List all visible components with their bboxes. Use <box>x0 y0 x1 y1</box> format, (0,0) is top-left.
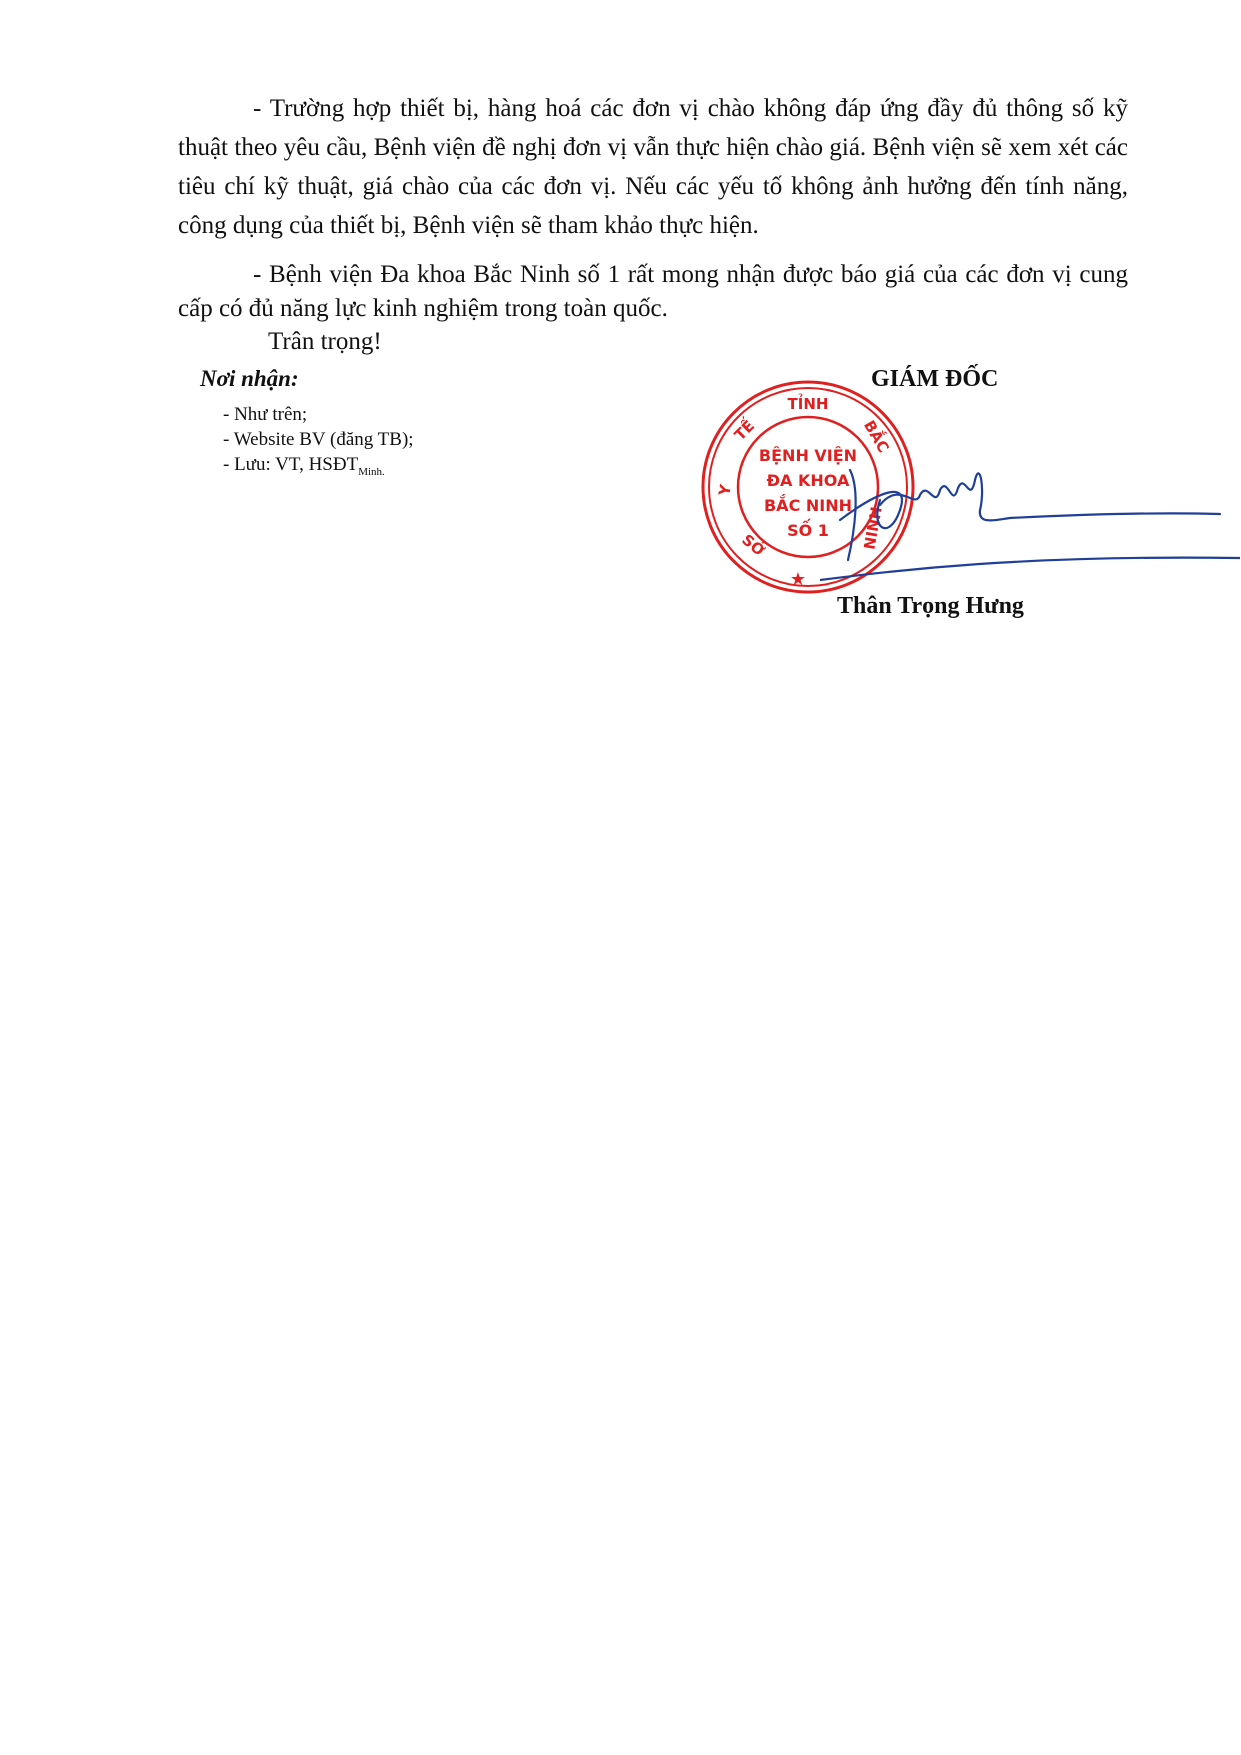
recipient-item: - Như trên; <box>223 402 414 427</box>
svg-text:SỞ: SỞ <box>738 528 770 559</box>
svg-text:TỈNH: TỈNH <box>788 392 829 413</box>
recipient-item: - Website BV (đăng TB); <box>223 427 414 452</box>
paragraph-price-quote-note: - Trường hợp thiết bị, hàng hoá các đơn … <box>178 89 1128 245</box>
svg-text:Y: Y <box>715 482 735 498</box>
svg-text:★: ★ <box>790 569 806 590</box>
closing-salutation: Trân trọng! <box>268 328 382 356</box>
svg-text:TẾ: TẾ <box>729 414 759 444</box>
signer-name: Thân Trọng Hưng <box>837 593 1024 620</box>
recipient-item: - Lưu: VT, HSĐTMinh. <box>223 452 414 485</box>
paragraph-text: - Bệnh viện Đa khoa Bắc Ninh số 1 rất mo… <box>178 261 1128 322</box>
recipient-initials: Minh. <box>358 466 385 478</box>
recipient-item-text: - Lưu: VT, HSĐT <box>223 454 358 475</box>
paragraph-invitation: - Bệnh viện Đa khoa Bắc Ninh số 1 rất mo… <box>178 258 1128 326</box>
signature-icon <box>820 450 1240 590</box>
recipients-title: Nơi nhận: <box>200 366 299 392</box>
paragraph-text: - Trường hợp thiết bị, hàng hoá các đơn … <box>178 95 1128 239</box>
recipients-list: - Như trên; - Website BV (đăng TB); - Lư… <box>223 402 414 485</box>
